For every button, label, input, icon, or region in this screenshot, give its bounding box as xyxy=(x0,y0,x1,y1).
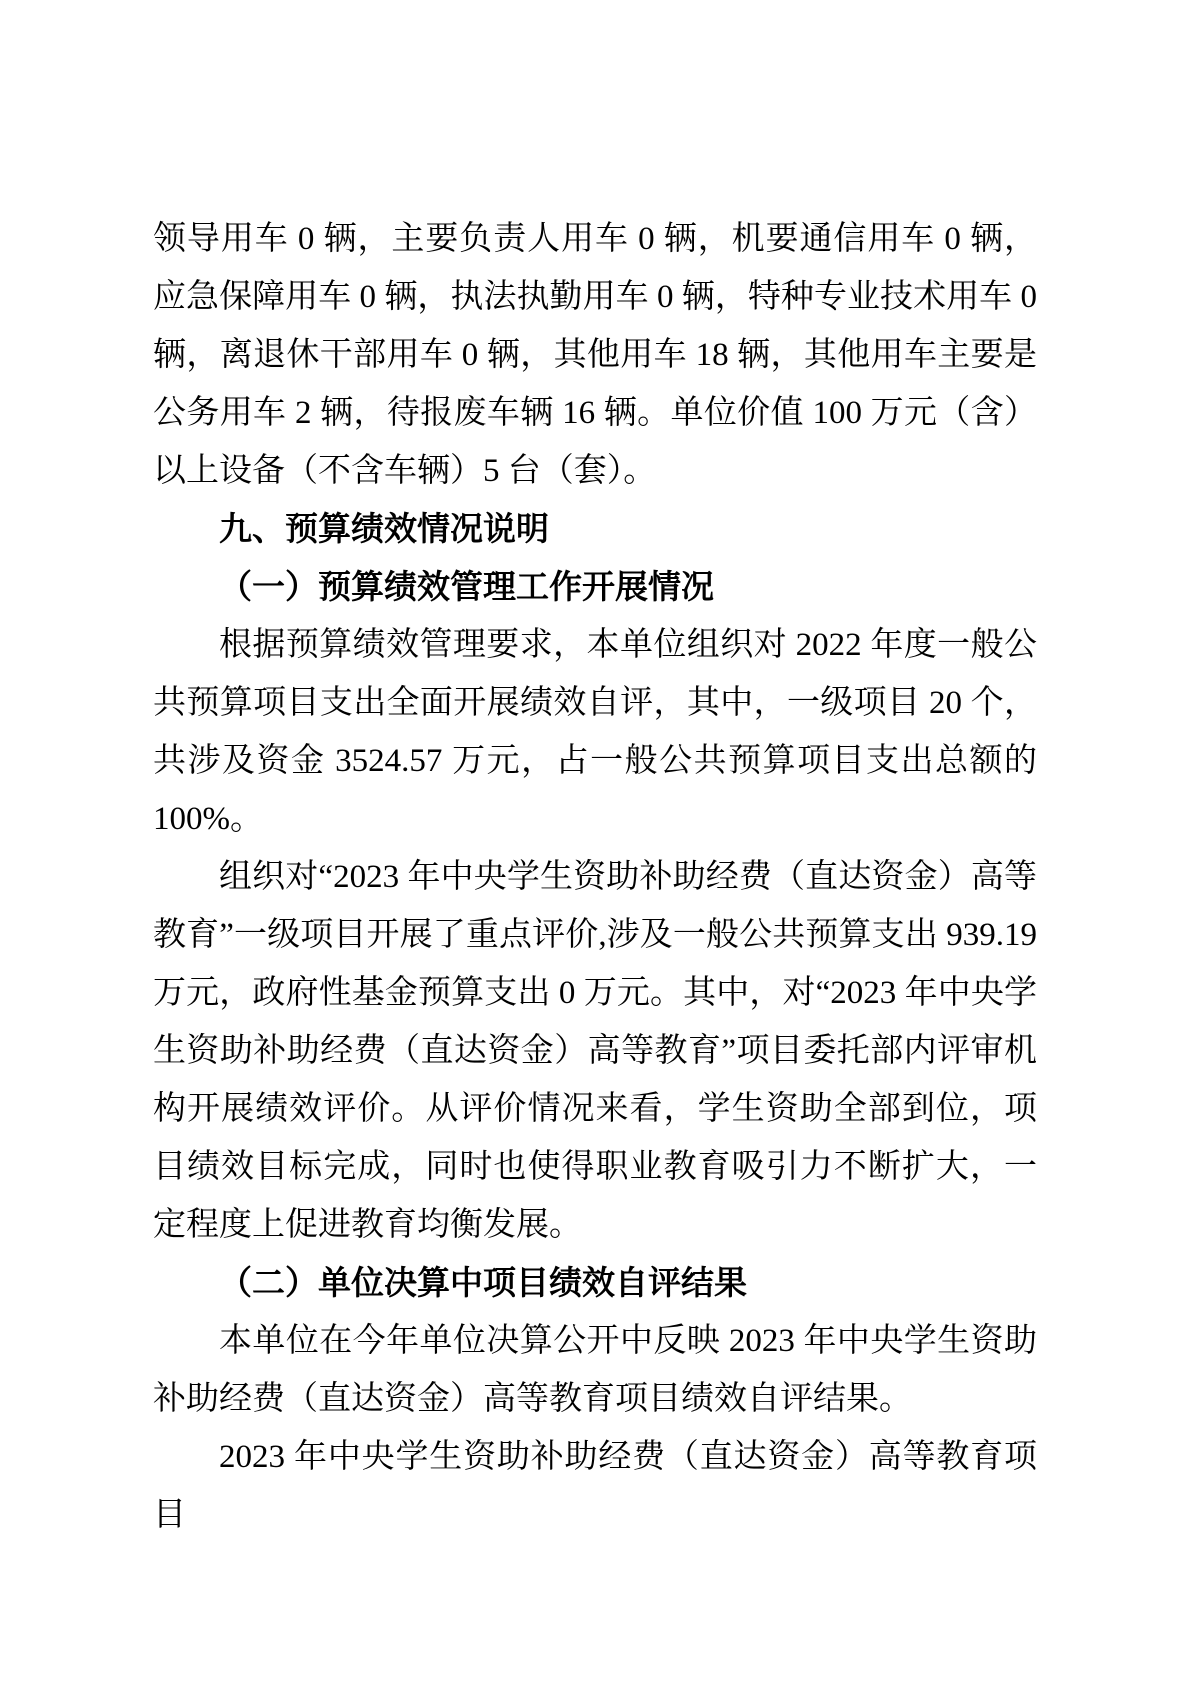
paragraph-self-evaluation-overview: 根据预算绩效管理要求，本单位组织对 2022 年度一般公共预算项目支出全面开展绩… xyxy=(153,616,1037,848)
paragraph-key-evaluation-detail: 组织对“2023 年中央学生资助补助经费（直达资金）高等教育”一级项目开展了重点… xyxy=(153,848,1037,1254)
heading-section-nine-budget-performance: 九、预算绩效情况说明 xyxy=(153,500,1037,558)
paragraph-vehicle-counts: 领导用车 0 辆，主要负责人用车 0 辆，机要通信用车 0 辆，应急保障用车 0… xyxy=(153,210,1037,500)
heading-subsection-two-self-evaluation-results: （二）单位决算中项目绩效自评结果 xyxy=(153,1254,1037,1312)
document-text-block: 领导用车 0 辆，主要负责人用车 0 辆，机要通信用车 0 辆，应急保障用车 0… xyxy=(153,210,1037,1544)
document-page: 领导用车 0 辆，主要负责人用车 0 辆，机要通信用车 0 辆，应急保障用车 0… xyxy=(0,0,1191,1684)
paragraph-project-title-continued: 2023 年中央学生资助补助经费（直达资金）高等教育项目 xyxy=(153,1428,1037,1544)
paragraph-disclosure-statement: 本单位在今年单位决算公开中反映 2023 年中央学生资助补助经费（直达资金）高等… xyxy=(153,1312,1037,1428)
heading-subsection-one-performance-management: （一）预算绩效管理工作开展情况 xyxy=(153,558,1037,616)
